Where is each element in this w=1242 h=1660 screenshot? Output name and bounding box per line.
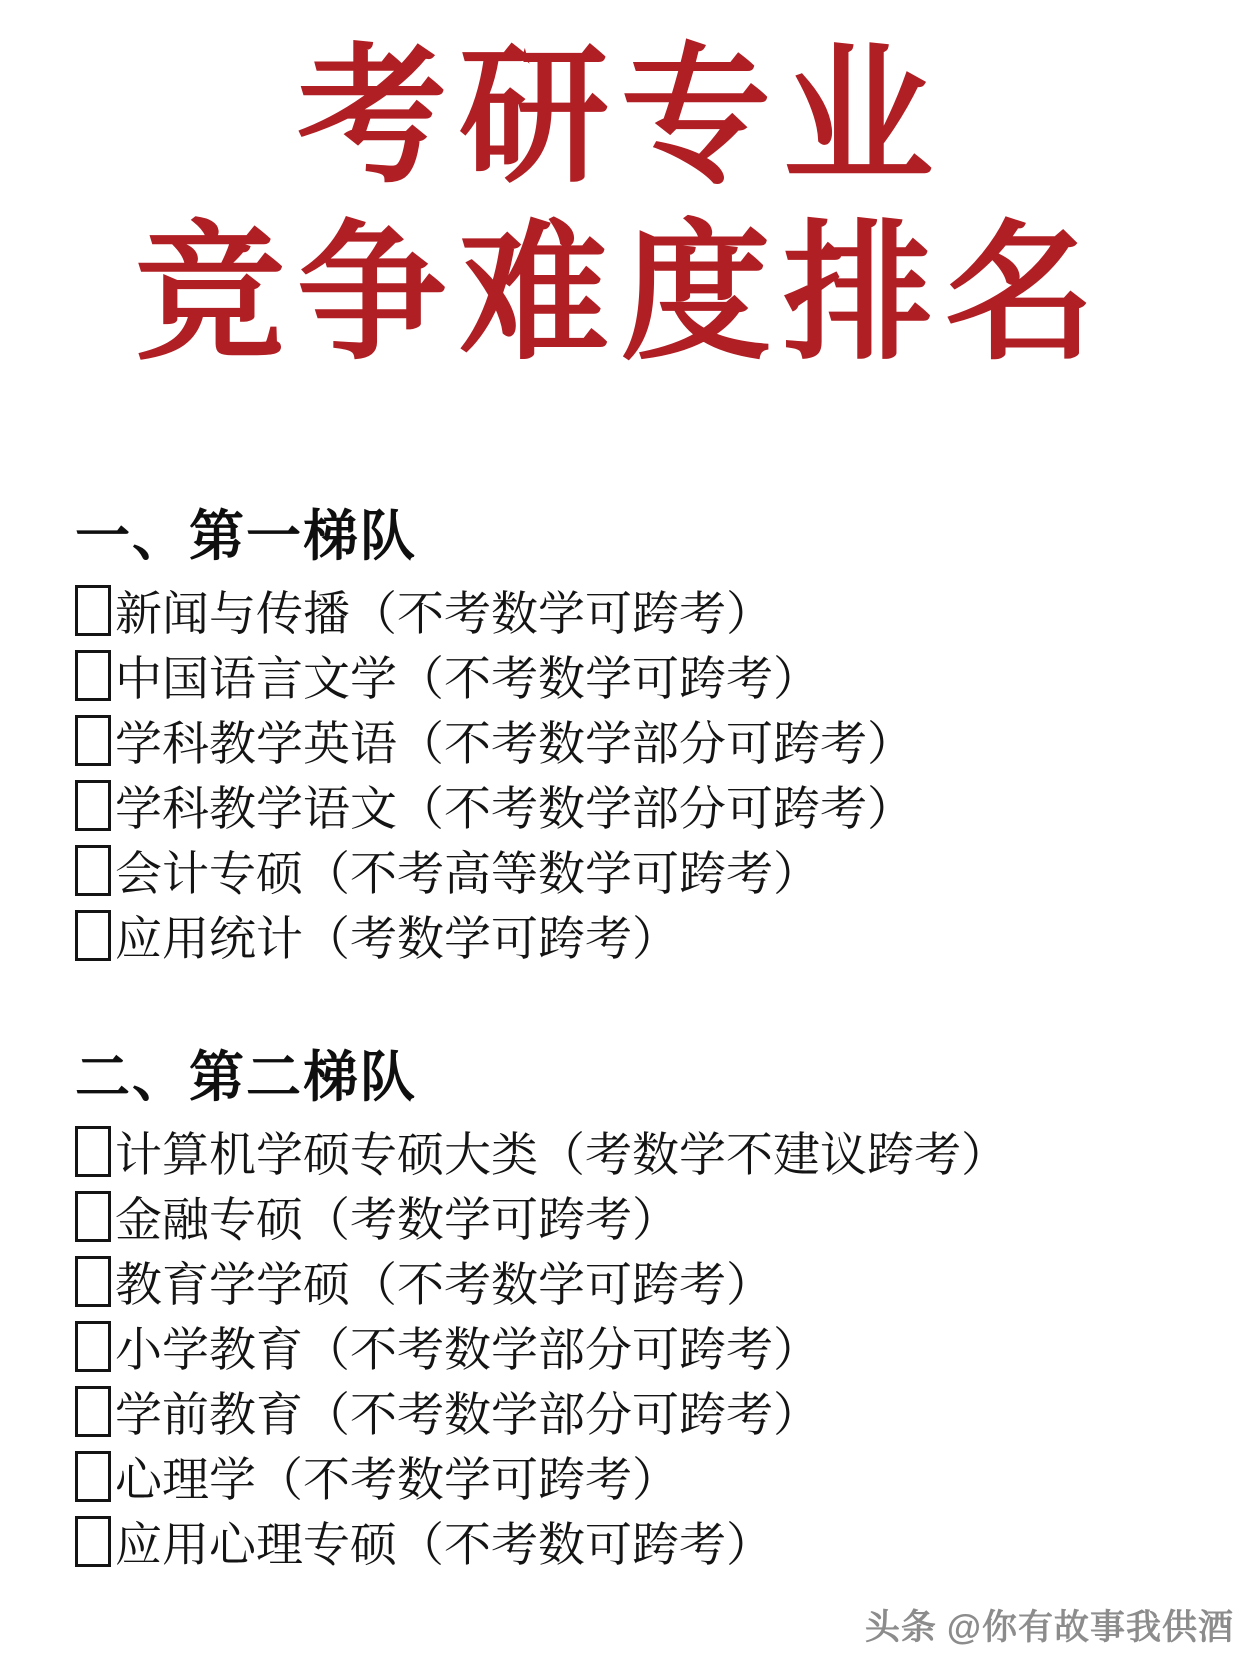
tier-heading: 二、第二梯队 [75, 1033, 1202, 1112]
list-item: 学科教学英语（不考数学部分可跨考） [75, 711, 1202, 776]
item-label: 计算机学硕专硕大类（考数学不建议跨考） [115, 1128, 1008, 1181]
list-item: 应用统计（考数学可跨考） [75, 906, 1202, 971]
item-label: 金融专硕（考数学可跨考） [115, 1193, 679, 1246]
list-item: 中国语言文学（不考数学可跨考） [75, 646, 1202, 711]
item-label: 学科教学语文（不考数学部分可跨考） [115, 782, 914, 835]
tier-sections: 一、第一梯队 新闻与传播（不考数学可跨考） 中国语言文学（不考数学可跨考） 学科… [0, 492, 1242, 1577]
tier-list: 新闻与传播（不考数学可跨考） 中国语言文学（不考数学可跨考） 学科教学英语（不考… [75, 581, 1202, 971]
checkbox-icon [75, 1126, 111, 1177]
page-title-line2: 竞争难度排名 [135, 212, 1107, 378]
list-item: 心理学（不考数学可跨考） [75, 1447, 1202, 1512]
item-label: 心理学（不考数学可跨考） [115, 1453, 679, 1506]
page-title: 考研专业 竞争难度排名 [20, 30, 1222, 384]
item-label: 小学教育（不考数学部分可跨考） [115, 1323, 820, 1376]
checkbox-icon [75, 780, 111, 831]
list-item: 会计专硕（不考高等数学可跨考） [75, 841, 1202, 906]
checkbox-icon [75, 1191, 111, 1242]
item-label: 学科教学英语（不考数学部分可跨考） [115, 717, 914, 770]
page-title-line1: 考研专业 [297, 35, 945, 201]
checkbox-icon [75, 650, 111, 701]
checkbox-icon [75, 585, 111, 636]
list-item: 金融专硕（考数学可跨考） [75, 1187, 1202, 1252]
page: 考研专业 竞争难度排名 一、第一梯队 新闻与传播（不考数学可跨考） 中国语言文学… [0, 0, 1242, 1660]
list-item: 应用心理专硕（不考数可跨考） [75, 1512, 1202, 1577]
checkbox-icon [75, 715, 111, 766]
checkbox-icon [75, 1256, 111, 1307]
checkbox-icon [75, 1451, 111, 1502]
item-label: 中国语言文学（不考数学可跨考） [115, 652, 820, 705]
list-item: 教育学学硕（不考数学可跨考） [75, 1252, 1202, 1317]
item-label: 应用统计（考数学可跨考） [115, 912, 679, 965]
checkbox-icon [75, 845, 111, 896]
item-label: 学前教育（不考数学部分可跨考） [115, 1388, 820, 1441]
list-item: 学科教学语文（不考数学部分可跨考） [75, 776, 1202, 841]
checkbox-icon [75, 1386, 111, 1437]
item-label: 新闻与传播（不考数学可跨考） [115, 587, 773, 640]
checkbox-icon [75, 910, 111, 961]
tier-heading: 一、第一梯队 [75, 492, 1202, 571]
tier-list: 计算机学硕专硕大类（考数学不建议跨考） 金融专硕（考数学可跨考） 教育学学硕（不… [75, 1122, 1202, 1577]
checkbox-icon [75, 1516, 111, 1567]
list-item: 小学教育（不考数学部分可跨考） [75, 1317, 1202, 1382]
checkbox-icon [75, 1321, 111, 1372]
item-label: 会计专硕（不考高等数学可跨考） [115, 847, 820, 900]
item-label: 应用心理专硕（不考数可跨考） [115, 1518, 773, 1571]
tier-section: 一、第一梯队 新闻与传播（不考数学可跨考） 中国语言文学（不考数学可跨考） 学科… [75, 492, 1202, 971]
watermark-platform: 头条 [865, 1608, 937, 1647]
list-item: 新闻与传播（不考数学可跨考） [75, 581, 1202, 646]
watermark: 头条@你有故事我供酒 [865, 1600, 1234, 1650]
list-item: 学前教育（不考数学部分可跨考） [75, 1382, 1202, 1447]
watermark-handle: @你有故事我供酒 [947, 1608, 1234, 1647]
list-item: 计算机学硕专硕大类（考数学不建议跨考） [75, 1122, 1202, 1187]
item-label: 教育学学硕（不考数学可跨考） [115, 1258, 773, 1311]
tier-section: 二、第二梯队 计算机学硕专硕大类（考数学不建议跨考） 金融专硕（考数学可跨考） … [75, 1033, 1202, 1577]
